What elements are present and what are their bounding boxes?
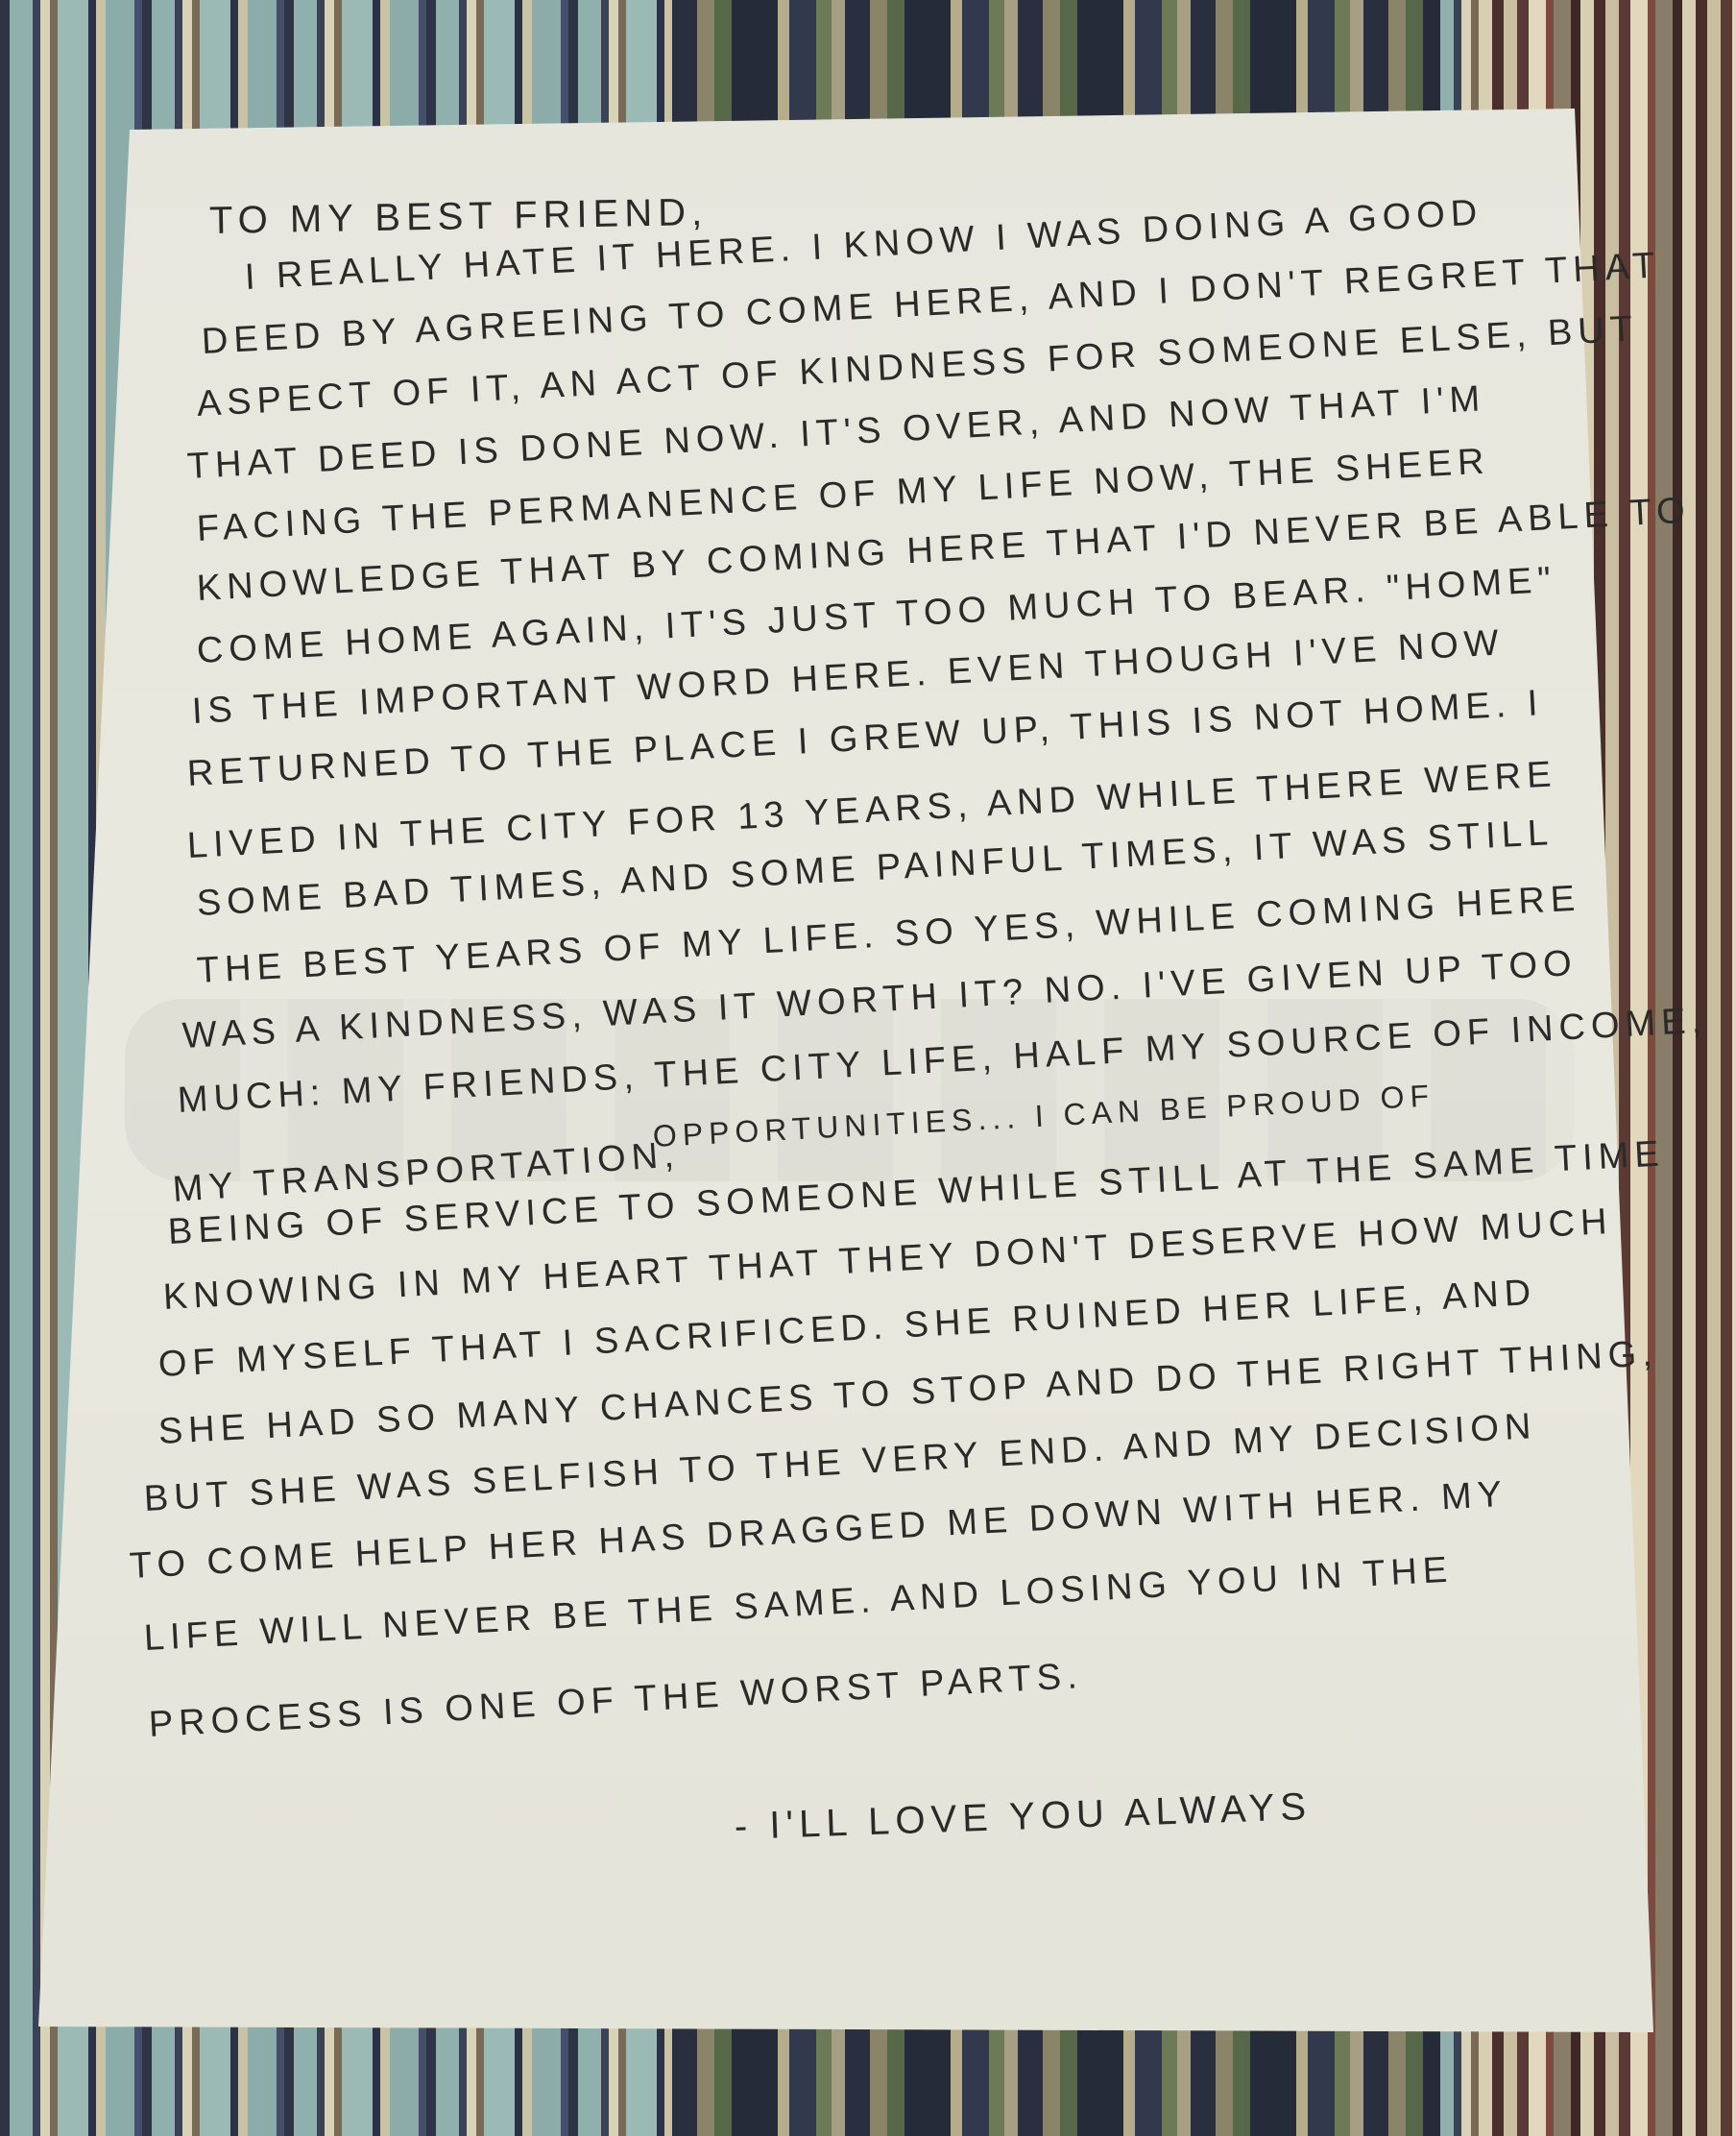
- letter-salutation: To My Best Friend,: [209, 191, 709, 243]
